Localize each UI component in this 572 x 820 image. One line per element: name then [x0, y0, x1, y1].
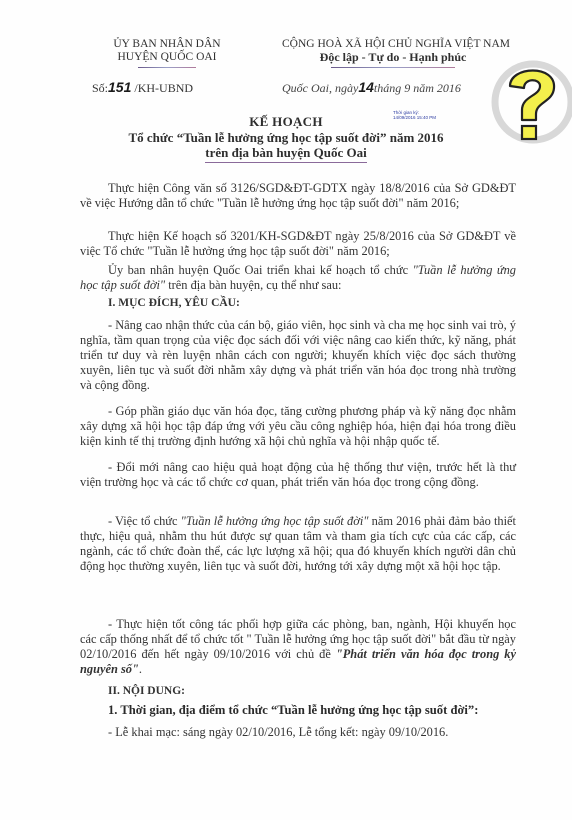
date-prefix: Quốc Oai, ngày	[282, 81, 358, 95]
document-page: ỦY BAN NHÂN DÂN HUYỆN QUỐC OAI Số:151 /K…	[0, 0, 572, 820]
handwritten-number: 151	[108, 79, 131, 95]
purpose-item-2: - Góp phần giáo dục văn hóa đọc, tăng cư…	[80, 404, 516, 449]
document-type: KẾ HOẠCH	[0, 114, 572, 130]
document-number: Số:151 /KH-UBND	[92, 79, 193, 96]
purpose-item-1: - Nâng cao nhận thức của cán bộ, giáo vi…	[80, 318, 516, 393]
intro-before: Ủy ban nhân huyện Quốc Oai triển khai kế…	[108, 263, 413, 277]
section-2-subheading: 1. Thời gian, địa điểm tổ chức “Tuần lễ …	[108, 703, 478, 718]
section-2-heading: II. NỘI DUNG:	[108, 685, 185, 697]
subtitle-text: trên địa bàn huyện Quốc Oai	[205, 145, 366, 163]
purpose-item-1-text: - Nâng cao nhận thức của cán bộ, giáo vi…	[80, 318, 516, 392]
number-prefix: Số:	[92, 81, 108, 95]
org-line-2: HUYỆN QUỐC OAI	[96, 51, 238, 64]
document-subtitle: trên địa bàn huyện Quốc Oai	[0, 145, 572, 163]
item4-italic: "Tuần lễ hưởng ứng học tập suốt đời"	[181, 514, 369, 528]
document-title: Tổ chức “Tuần lễ hưởng ứng học tập suốt …	[0, 130, 572, 146]
intro-after: trên địa bàn huyện, cụ thể như sau:	[165, 278, 341, 292]
opening-closing-dates: - Lễ khai mạc: sáng ngày 02/10/2016, Lễ …	[108, 725, 518, 740]
preamble-1: Thực hiện Công văn số 3126/SGD&ĐT-GDTX n…	[80, 181, 516, 211]
preamble-1-text: Thực hiện Công văn số 3126/SGD&ĐT-GDTX n…	[80, 181, 516, 210]
org-line-1: ỦY BAN NHÂN DÂN	[96, 38, 238, 51]
section-1-heading: I. MỤC ĐÍCH, YÊU CẦU:	[108, 297, 240, 309]
purpose-item-3-text: - Đổi mới nâng cao hiệu quả hoạt động củ…	[80, 460, 516, 489]
header-right-rule	[331, 67, 455, 68]
national-motto: Độc lập - Tự do - Hạnh phúc	[282, 51, 504, 64]
purpose-item-2-text: - Góp phần giáo dục văn hóa đọc, tăng cư…	[80, 404, 516, 448]
purpose-item-3: - Đổi mới nâng cao hiệu quả hoạt động củ…	[80, 460, 516, 490]
preamble-2: Thực hiện Kế hoạch số 3201/KH-SGD&ĐT ngà…	[80, 229, 516, 259]
item4-before: - Việc tổ chức	[108, 514, 181, 528]
preamble-2-text: Thực hiện Kế hoạch số 3201/KH-SGD&ĐT ngà…	[80, 229, 516, 258]
header-left-rule	[138, 67, 196, 68]
date-suffix: tháng 9 năm 2016	[374, 81, 461, 95]
issuing-authority: ỦY BAN NHÂN DÂN HUYỆN QUỐC OAI	[96, 38, 238, 68]
purpose-item-5: - Thực hiện tốt công tác phối hợp giữa c…	[80, 617, 516, 677]
item5-after: .	[139, 662, 142, 676]
number-suffix: /KH-UBND	[131, 81, 193, 95]
handwritten-day: 14	[358, 79, 374, 95]
national-header: CỘNG HOÀ XÃ HỘI CHỦ NGHĨA VIỆT NAM Độc l…	[282, 38, 504, 68]
place-date: Quốc Oai, ngày14tháng 9 năm 2016	[282, 79, 461, 96]
intro-paragraph: Ủy ban nhân huyện Quốc Oai triển khai kế…	[80, 263, 516, 293]
purpose-item-4: - Việc tổ chức "Tuần lễ hưởng ứng học tậ…	[80, 514, 516, 574]
